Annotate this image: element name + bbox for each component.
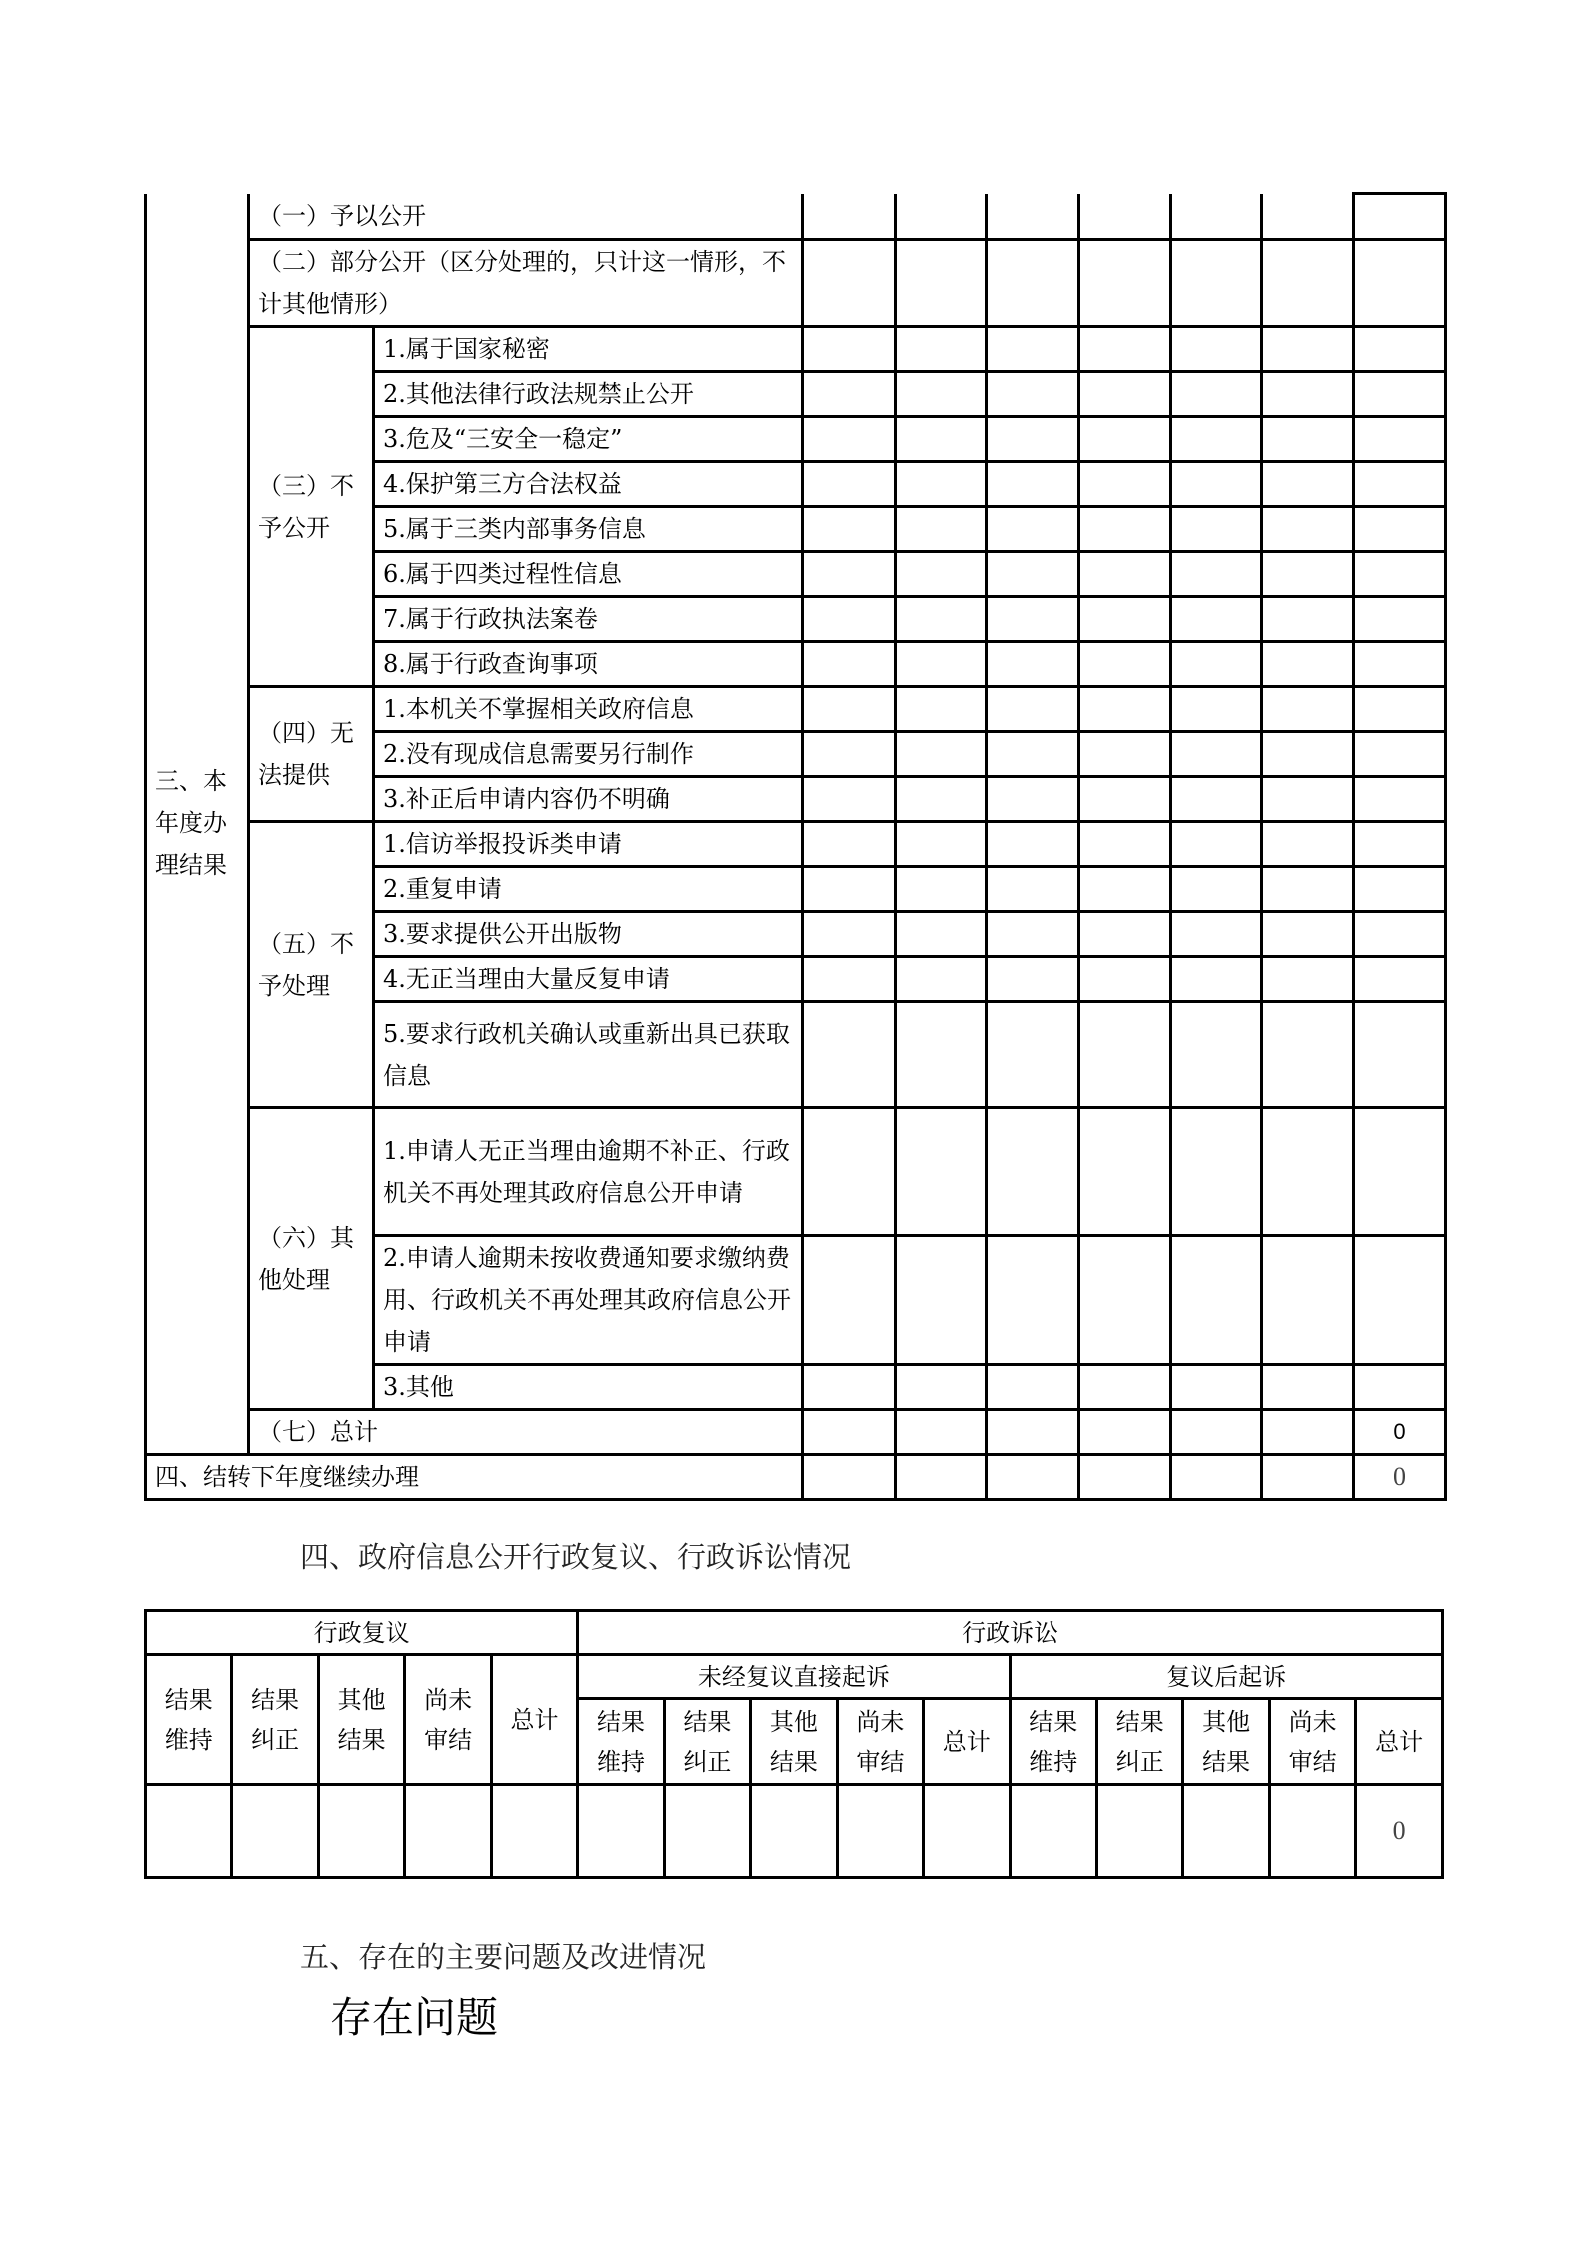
col-header: 尚未审结 xyxy=(837,1699,923,1785)
total-value: 0 xyxy=(1354,1410,1446,1455)
cell-total xyxy=(1354,194,1446,240)
item-label: 4.保护第三方合法权益 xyxy=(374,462,803,507)
col-header: 总计 xyxy=(1356,1699,1443,1785)
value-cell xyxy=(578,1785,664,1878)
section-heading-4: 四、政府信息公开行政复议、行政诉讼情况 xyxy=(300,1535,851,1576)
item-label: 3.要求提供公开出版物 xyxy=(374,912,803,957)
item-label: 1.信访举报投诉类申请 xyxy=(374,822,803,867)
section-label: 三、本年度办理结果 xyxy=(146,194,249,1455)
col-header: 尚未审结 xyxy=(1269,1699,1355,1785)
col-header: 结果维持 xyxy=(578,1699,664,1785)
item-label: 5.要求行政机关确认或重新出具已获取信息 xyxy=(374,1002,803,1108)
item-label: 7.属于行政执法案卷 xyxy=(374,597,803,642)
value-cell xyxy=(318,1785,404,1878)
row-label: （二）部分公开（区分处理的，只计这一情形，不计其他情形） xyxy=(249,240,803,327)
carryover-value: 0 xyxy=(1354,1455,1446,1500)
handling-results-table: 三、本年度办理结果 （一）予以公开 （二）部分公开（区分处理的，只计这一情形，不… xyxy=(144,192,1447,1501)
group-label: （五）不予处理 xyxy=(249,822,374,1108)
value-cell xyxy=(1269,1785,1355,1878)
value-cell xyxy=(1183,1785,1269,1878)
direct-suit-header: 未经复议直接起诉 xyxy=(578,1655,1010,1699)
col-header: 其他结果 xyxy=(1183,1699,1269,1785)
value-cell xyxy=(837,1785,923,1878)
item-label: 2.申请人逾期未按收费通知要求缴纳费用、行政机关不再处理其政府信息公开申请 xyxy=(374,1236,803,1365)
item-label: 4.无正当理由大量反复申请 xyxy=(374,957,803,1002)
value-cell xyxy=(232,1785,318,1878)
group-label: （三）不予公开 xyxy=(249,327,374,687)
item-label: 5.属于三类内部事务信息 xyxy=(374,507,803,552)
item-label: 3.补正后申请内容仍不明确 xyxy=(374,777,803,822)
value-cell xyxy=(924,1785,1010,1878)
item-label: 2.其他法律行政法规禁止公开 xyxy=(374,372,803,417)
value-cell xyxy=(751,1785,837,1878)
col-header: 其他结果 xyxy=(751,1699,837,1785)
col-header: 其他结果 xyxy=(318,1655,404,1785)
subheading-problems: 存在问题 xyxy=(330,1985,498,2045)
value-cell xyxy=(405,1785,491,1878)
value-cell xyxy=(146,1785,232,1878)
value-cell xyxy=(1096,1785,1182,1878)
value-cell-total: 0 xyxy=(1356,1785,1443,1878)
section-heading-5: 五、存在的主要问题及改进情况 xyxy=(300,1935,706,1976)
total-label: （七）总计 xyxy=(249,1410,803,1455)
group-label: （六）其他处理 xyxy=(249,1108,374,1410)
row-label: （一）予以公开 xyxy=(249,194,803,240)
value-cell xyxy=(1010,1785,1096,1878)
item-label: 2.没有现成信息需要另行制作 xyxy=(374,732,803,777)
item-label: 1.本机关不掌握相关政府信息 xyxy=(374,687,803,732)
col-header: 结果维持 xyxy=(1010,1699,1096,1785)
col-header: 尚未审结 xyxy=(405,1655,491,1785)
item-label: 8.属于行政查询事项 xyxy=(374,642,803,687)
col-header: 结果维持 xyxy=(146,1655,232,1785)
litigation-header: 行政诉讼 xyxy=(578,1611,1443,1655)
carryover-label: 四、结转下年度继续办理 xyxy=(146,1455,803,1500)
col-header: 结果纠正 xyxy=(664,1699,750,1785)
item-label: 2.重复申请 xyxy=(374,867,803,912)
col-header: 结果纠正 xyxy=(232,1655,318,1785)
item-label: 1.申请人无正当理由逾期不补正、行政机关不再处理其政府信息公开申请 xyxy=(374,1108,803,1236)
item-label: 6.属于四类过程性信息 xyxy=(374,552,803,597)
after-review-header: 复议后起诉 xyxy=(1010,1655,1442,1699)
item-label: 3.危及“三安全一稳定” xyxy=(374,417,803,462)
item-label: 3.其他 xyxy=(374,1365,803,1410)
value-cell xyxy=(491,1785,577,1878)
review-header: 行政复议 xyxy=(146,1611,578,1655)
col-header: 结果纠正 xyxy=(1096,1699,1182,1785)
col-header: 总计 xyxy=(491,1655,577,1785)
item-label: 1.属于国家秘密 xyxy=(374,327,803,372)
value-cell xyxy=(664,1785,750,1878)
review-litigation-table: 行政复议 行政诉讼 结果维持 结果纠正 其他结果 尚未审结 总计 未经复议直接起… xyxy=(144,1609,1444,1879)
col-header: 总计 xyxy=(924,1699,1010,1785)
group-label: （四）无法提供 xyxy=(249,687,374,822)
